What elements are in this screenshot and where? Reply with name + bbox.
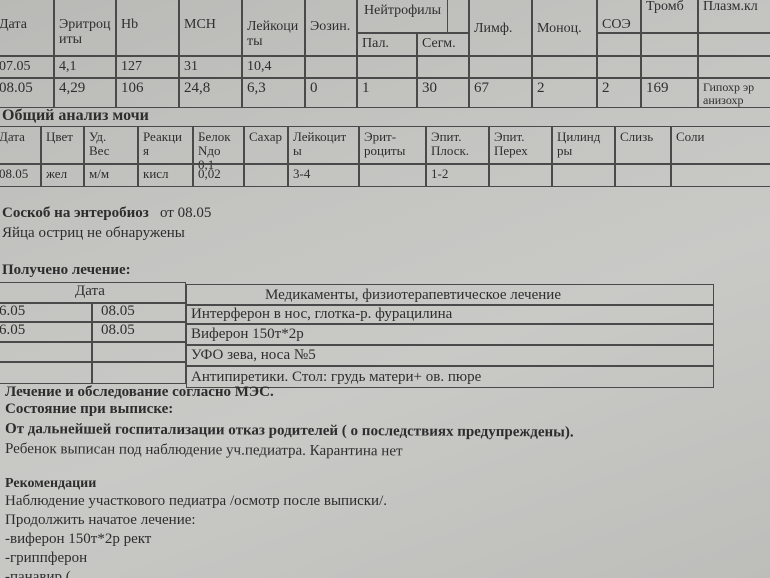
treatment-cell-med: УФО зева, носа №5 <box>186 345 714 366</box>
blood-header-platelets: Тромб <box>641 0 698 33</box>
urine-value-cell <box>552 164 615 187</box>
blood-cell-date: 07.05 <box>0 56 54 78</box>
treatment-cell-to: 08.05 <box>92 303 186 322</box>
recommendation-line: Продолжить начатое лечение: <box>5 512 196 529</box>
recommendation-line: Наблюдение участкового педиатра /осмотр … <box>5 493 387 510</box>
blood-header-plasma-sub <box>698 33 770 56</box>
blood-header-neutrophils: Нейтрофилы <box>357 0 448 33</box>
blood-cell-lymph <box>469 56 532 78</box>
blood-cell-esr <box>597 56 641 78</box>
blood-cell-mch: 24,8 <box>179 78 242 108</box>
blood-cell-eosin <box>305 56 357 78</box>
urine-value-cell <box>359 164 426 187</box>
recommendation-line: -гриппферон <box>5 550 87 567</box>
urine-header-cell: Эпит. Плоск. <box>426 126 489 164</box>
blood-header-leukocytes: Лейкоци ты <box>242 0 305 56</box>
treatment-cell-to <box>92 362 186 384</box>
treatment-cell-med: Виферон 150т*2р <box>186 324 714 345</box>
discharge-refusal: От дальнейшей госпитализации отказ родит… <box>5 421 574 441</box>
blood-header-plasma: Плазм.кл <box>698 0 770 33</box>
blood-cell-plasma <box>698 56 770 78</box>
discharge-line-1: Лечение и обследование согласно МЭС. <box>5 384 274 401</box>
urine-value-cell: кисл <box>138 164 193 187</box>
blood-cell-erythrocytes: 4,1 <box>54 56 116 78</box>
urine-header-cell: Цвет <box>41 126 84 164</box>
blood-cell-lymph: 67 <box>469 78 532 108</box>
treatment-header-date: Дата <box>0 282 186 303</box>
urine-value-cell <box>244 164 288 187</box>
enterobiosis-title: Соскоб на энтеробиоз <box>2 205 149 221</box>
urine-header-cell: Лейкоцит ы <box>288 126 359 164</box>
discharge-state-title: Состояние при выписке: <box>5 401 173 418</box>
blood-cell-esr: 2 <box>597 78 641 108</box>
urine-header-cell: Уд. Вес <box>84 126 138 164</box>
enterobiosis-date: от 08.05 <box>160 205 211 221</box>
blood-cell-platelets <box>641 56 698 78</box>
blood-header-esr: СОЭ <box>597 0 641 33</box>
blood-cell-seg <box>417 56 469 78</box>
blood-header-seg: Сегм. <box>417 33 469 56</box>
blood-cell-leukocytes: 10,4 <box>242 56 305 78</box>
treatment-title: Получено лечение: <box>2 262 131 279</box>
recommendation-line: -панавир ( ... <box>5 569 86 578</box>
urine-header-cell: Сахар <box>244 126 288 164</box>
blood-cell-erythrocytes: 4,29 <box>54 78 116 108</box>
blood-cell-plasma: Гипохр эр анизохр <box>698 78 770 108</box>
blood-cell-leukocytes: 6,3 <box>242 78 305 108</box>
blood-header-mch: МСН <box>179 0 242 56</box>
blood-header-eosin: Эозин. <box>305 0 357 56</box>
blood-header-erythrocytes: Эритроц иты <box>54 0 116 56</box>
discharge-note: Ребенок выписан под наблюдение уч.педиат… <box>5 441 403 460</box>
enterobiosis-result: Яйца остриц не обнаружены <box>2 225 185 242</box>
urine-header-cell: Эпит. Перех <box>489 126 552 164</box>
blood-cell-band: 1 <box>357 78 417 108</box>
blood-cell-monoc <box>532 56 597 78</box>
treatment-cell-from <box>0 342 92 362</box>
treatment-cell-med: Интерферон в нос, глотка-р. фурацилина <box>186 305 714 324</box>
enterobiosis-line: Соскоб на энтеробиоз от 08.05 <box>2 205 211 222</box>
blood-cell-monoc: 2 <box>532 78 597 108</box>
urine-value-cell <box>489 164 552 187</box>
urine-header-cell: Цилинд ры <box>552 126 615 164</box>
urine-value-cell <box>615 164 671 187</box>
blood-header-band: Пал. <box>357 33 417 56</box>
urine-header-cell: Соли <box>671 126 770 164</box>
blood-header-monoc: Моноц. <box>532 0 597 56</box>
recommendations-title: Рекомендации <box>5 476 96 492</box>
blood-cell-seg: 30 <box>417 78 469 108</box>
blood-header-hb: Hb <box>116 0 179 56</box>
treatment-cell-from: 6.05 <box>0 303 92 322</box>
blood-cell-date: 08.05 <box>0 78 54 108</box>
blood-header-esr-sub <box>597 33 641 56</box>
treatment-cell-from: 6.05 <box>0 322 92 342</box>
blood-cell-platelets: 169 <box>641 78 698 108</box>
urine-header-cell: Реакци я <box>138 126 193 164</box>
blood-cell-eosin: 0 <box>305 78 357 108</box>
urine-value-cell: м/м <box>84 164 138 187</box>
blood-cell-hb: 106 <box>116 78 179 108</box>
treatment-cell-from <box>0 362 92 384</box>
urine-value-cell: 08.05 <box>0 164 41 187</box>
treatment-cell-to <box>92 342 186 362</box>
recommendation-line: -виферон 150т*2р рект <box>5 531 151 548</box>
urine-header-cell: Слизь <box>615 126 671 164</box>
treatment-header-meds: Медикаменты, физиотерапевтическое лечени… <box>186 284 714 305</box>
blood-cell-mch: 31 <box>179 56 242 78</box>
blood-header-date: Дата <box>0 0 54 56</box>
urine-test-title: Общий анализ мочи <box>2 107 149 125</box>
urine-value-cell: 3-4 <box>288 164 359 187</box>
urine-value-cell: 0,02 <box>193 164 244 187</box>
urine-header-cell: Дата <box>0 126 41 164</box>
blood-header-platelets-sub <box>641 33 698 56</box>
blood-cell-band <box>357 56 417 78</box>
urine-value-cell: жел <box>41 164 84 187</box>
blood-cell-hb: 127 <box>116 56 179 78</box>
urine-header-cell: Белок Nдо 0,1 <box>193 126 244 164</box>
blood-header-lymph: Лимф. <box>469 0 532 56</box>
urine-header-cell: Эрит- роциты <box>359 126 426 164</box>
urine-value-cell: 1-2 <box>426 164 489 187</box>
urine-value-cell <box>671 164 770 187</box>
treatment-cell-to: 08.05 <box>92 322 186 342</box>
blood-header-neutro-tail <box>448 0 469 33</box>
